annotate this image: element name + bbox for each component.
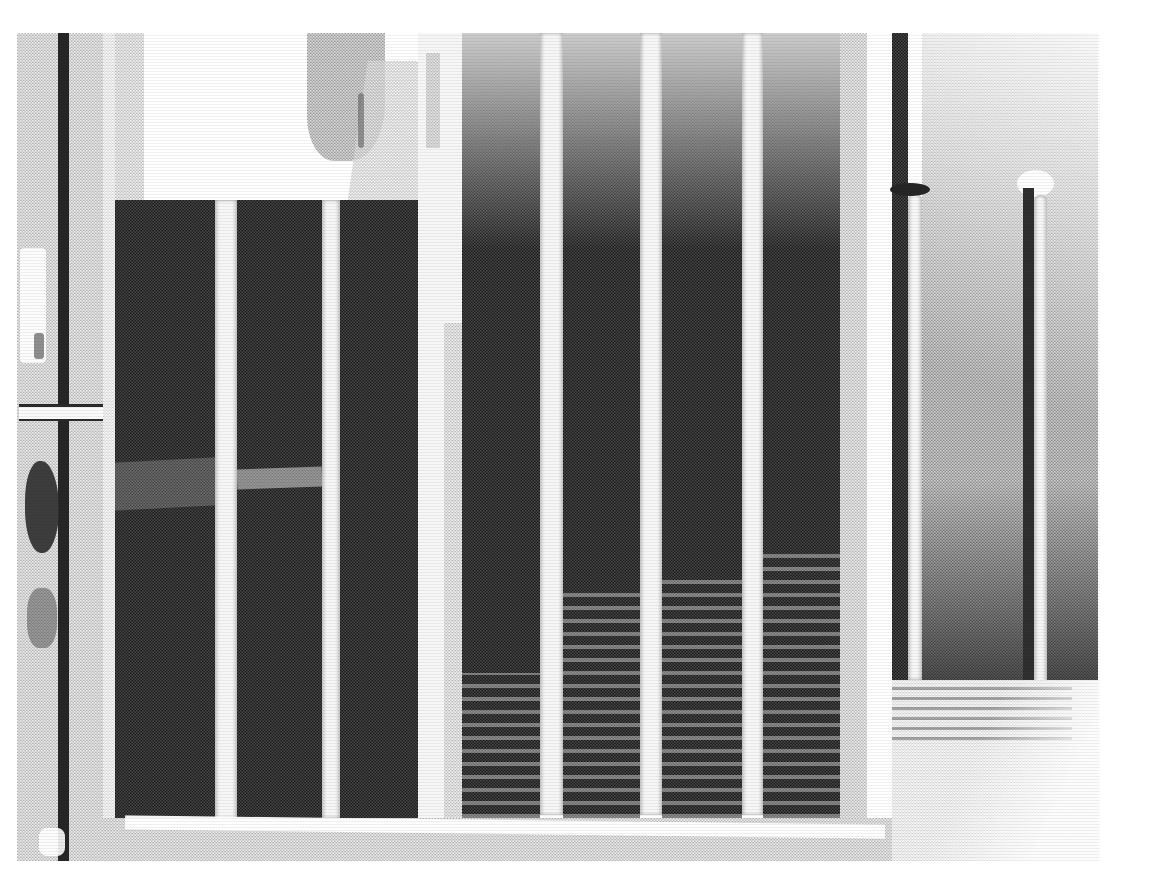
bright-gap <box>867 33 892 818</box>
background-wall <box>922 33 1098 680</box>
gap-highlight-band <box>237 467 323 490</box>
background-partition-bar <box>1034 195 1047 683</box>
background-partition-bar <box>908 193 922 680</box>
gap-top-fade <box>462 33 540 248</box>
bar-gap <box>462 33 540 818</box>
gate-frame-post <box>17 33 115 861</box>
partition-bar-cap <box>890 183 930 196</box>
bar-gap <box>763 33 840 818</box>
frame-foot-highlight <box>39 828 65 856</box>
bar-gap <box>115 200 215 818</box>
bar-gap <box>237 200 322 818</box>
gap-top-fade <box>563 33 640 248</box>
gap-floor-streaks <box>563 588 640 818</box>
gate-bar <box>540 33 563 815</box>
hinge-line <box>58 33 69 861</box>
gap-floor-streaks <box>662 578 742 818</box>
gap-top-fade <box>662 33 742 248</box>
bar-gap <box>563 33 640 818</box>
frame-inner-strip <box>103 33 115 861</box>
background-partition-bar-shadow <box>1023 188 1034 680</box>
stile-shadow <box>444 323 462 823</box>
bar-gap <box>340 200 418 818</box>
gate-bar <box>640 33 662 815</box>
latch-bar <box>19 404 109 421</box>
gate-bar <box>742 33 763 815</box>
floor <box>100 818 892 861</box>
floor <box>892 680 1098 861</box>
gate-photograph <box>17 33 1100 861</box>
gap-highlight-smudge <box>115 457 215 510</box>
gap-top-fade <box>763 33 840 248</box>
floor-bright-fade <box>892 680 1098 861</box>
sky-dark-mark <box>358 93 364 148</box>
frame-mark <box>27 588 57 648</box>
stile-speckle <box>426 53 440 148</box>
sky-shade-patch <box>115 33 144 205</box>
bright-sky <box>115 33 462 205</box>
background-partition-bar-shadow <box>892 33 908 680</box>
frame-mark <box>34 333 44 359</box>
gate-bar <box>322 200 340 818</box>
gap-floor-streaks <box>462 673 540 818</box>
latch-handle <box>25 461 59 553</box>
bar-gap <box>662 33 742 818</box>
wall-dark-fade <box>922 480 1098 680</box>
edge-stile <box>418 33 462 823</box>
page-background: { "image": { "type": "halftone-photograp… <box>0 0 1155 891</box>
gate-bar <box>840 33 867 818</box>
gap-floor-streaks <box>763 553 840 818</box>
gate-bar <box>215 200 237 818</box>
floor-bright-slat <box>125 815 885 838</box>
